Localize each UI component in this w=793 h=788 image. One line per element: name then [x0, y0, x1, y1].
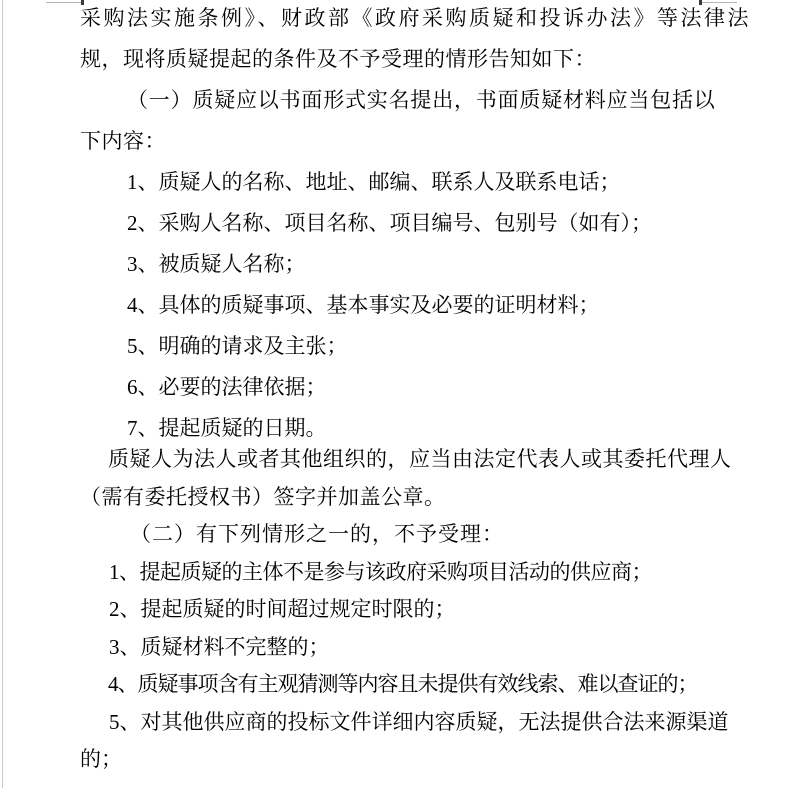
text-line: 采购法实施条例》、财政部《政府采购质疑和投诉办法》等法律法	[80, 0, 746, 39]
text-line: 的；	[80, 741, 746, 779]
list-item-line: 5、对其他供应商的投标文件详细内容质疑，无法提供合法来源渠道	[80, 704, 746, 742]
document-page: 采购法实施条例》、财政部《政府采购质疑和投诉办法》等法律法 规，现将质疑提起的条…	[0, 0, 793, 788]
text-line: 质疑人为法人或者其他组织的，应当由法定代表人或其委托代理人	[80, 441, 746, 479]
list-item-line: 4、具体的质疑事项、基本事实及必要的证明材料；	[80, 285, 746, 326]
list-item-line: 3、被质疑人名称；	[80, 244, 746, 285]
text-line: 下内容：	[80, 121, 746, 162]
list-item-line: 5、明确的请求及主张；	[80, 326, 746, 367]
list-item-line: 1、质疑人的名称、地址、邮编、联系人及联系电话；	[80, 162, 746, 203]
list-item-line: 6、必要的法律依据；	[80, 367, 746, 408]
section-part-two: 质疑人为法人或者其他组织的，应当由法定代表人或其委托代理人 （需有委托授权书）签…	[80, 441, 746, 779]
top-left-rule-fragment	[46, 2, 83, 3]
list-item-line: 2、采购人名称、项目名称、项目编号、包别号（如有）；	[80, 203, 746, 244]
list-item-line: 1、提起质疑的主体不是参与该政府采购项目活动的供应商；	[80, 554, 746, 592]
list-item-line: 2、提起质疑的时间超过规定时限的；	[80, 591, 746, 629]
section-intro-and-part-one: 采购法实施条例》、财政部《政府采购质疑和投诉办法》等法律法 规，现将质疑提起的条…	[80, 0, 746, 449]
document-text-block: 采购法实施条例》、财政部《政府采购质疑和投诉办法》等法律法 规，现将质疑提起的条…	[80, 0, 746, 779]
text-line: （需有委托授权书）签字并加盖公章。	[80, 479, 746, 517]
list-item-line: 3、质疑材料不完整的；	[80, 629, 746, 667]
page-left-edge-line	[2, 0, 3, 788]
text-line: （一）质疑应以书面形式实名提出，书面质疑材料应当包括以	[80, 80, 746, 121]
text-line: （二）有下列情形之一的，不予受理：	[80, 516, 746, 554]
text-line: 规，现将质疑提起的条件及不予受理的情形告知如下：	[80, 39, 746, 80]
list-item-line: 4、质疑事项含有主观猜测等内容且未提供有效线索、难以查证的；	[80, 666, 746, 704]
